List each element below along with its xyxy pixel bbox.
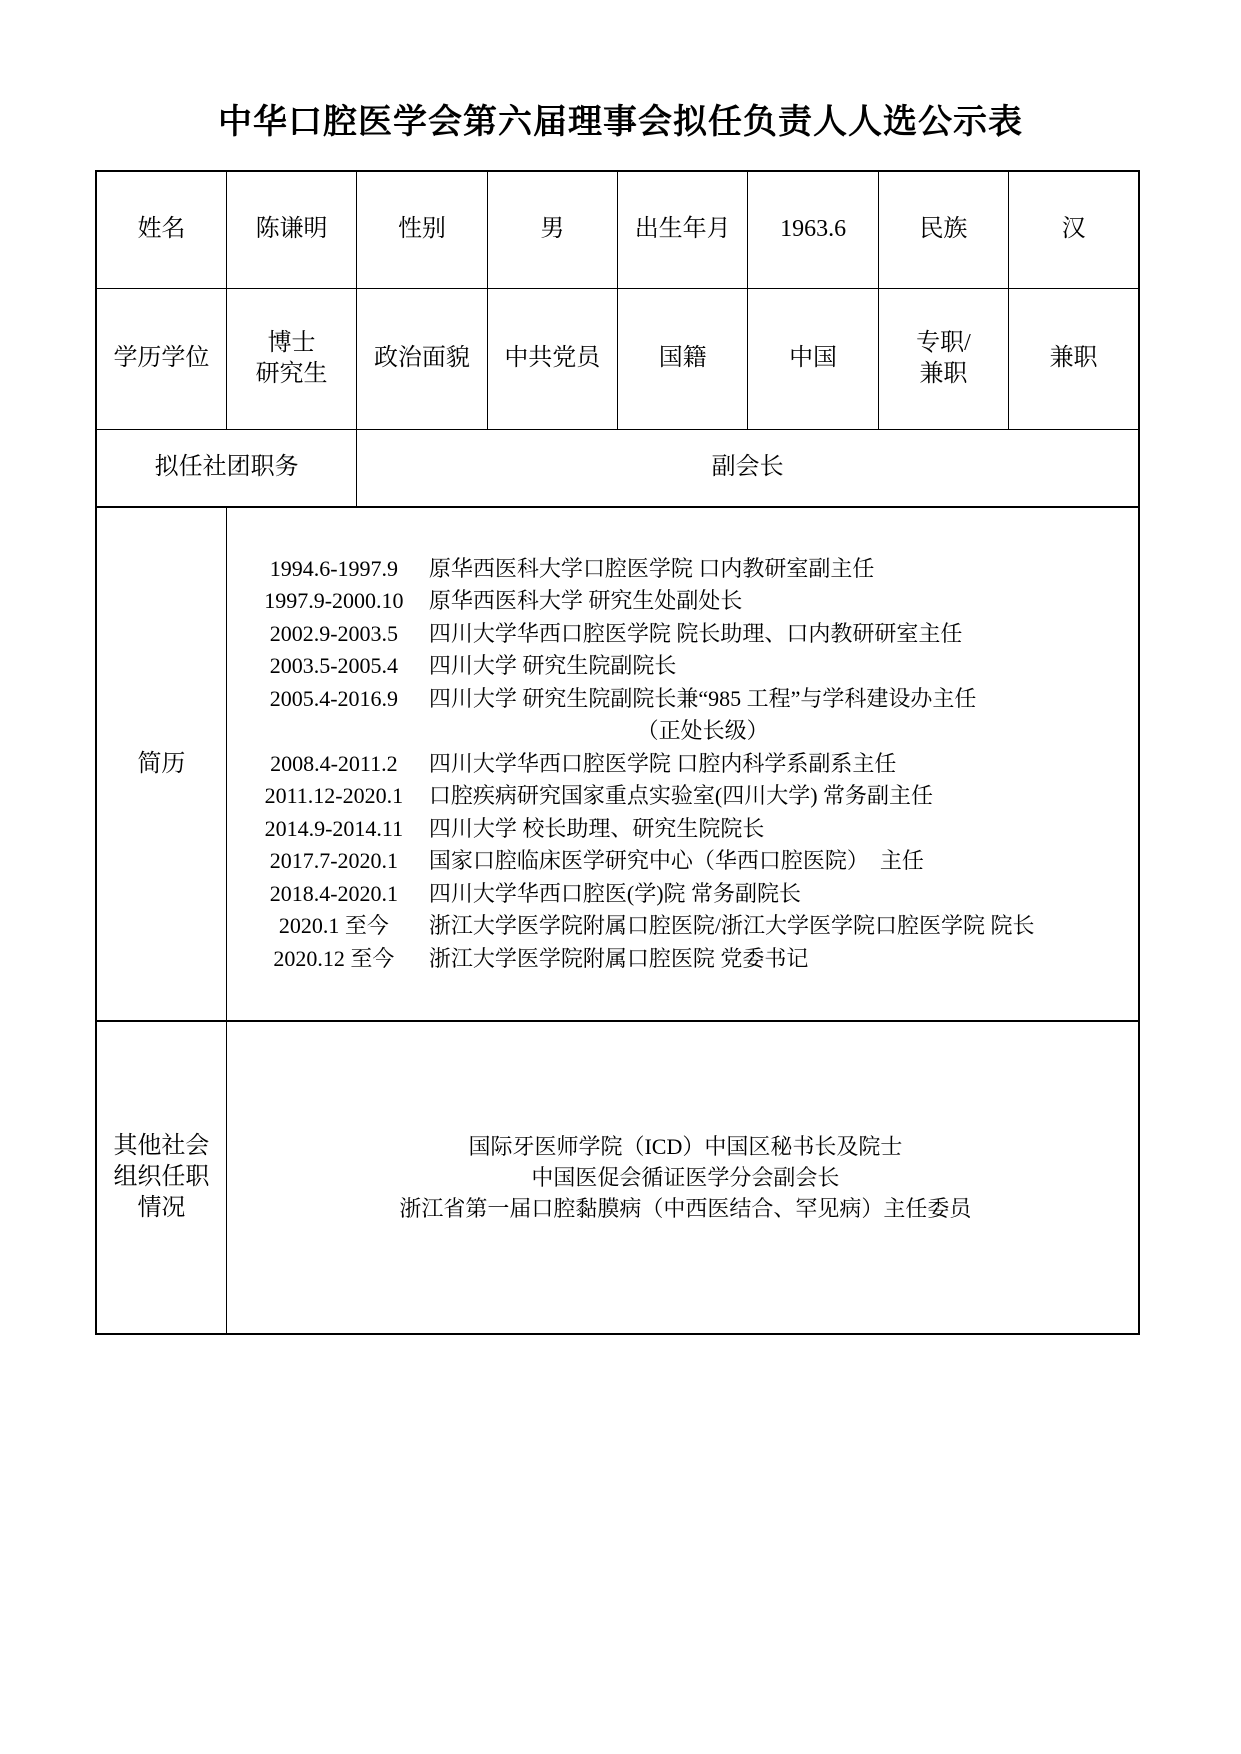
candidate-info-table: 姓名 陈谦明 性别 男 出生年月 1963.6 民族 汉 学历学位 博士 研究生… xyxy=(95,170,1140,1335)
resume-entry-period: 1997.9-2000.10 xyxy=(239,585,429,618)
ethnicity-label: 民族 xyxy=(878,171,1008,288)
ethnicity-value: 汉 xyxy=(1009,171,1139,288)
resume-entry: 2008.4-2011.2四川大学华西口腔医学院 口腔内科学系副系主任 xyxy=(239,748,1132,781)
name-label: 姓名 xyxy=(96,171,226,288)
nationality-value: 中国 xyxy=(748,288,878,429)
resume-entry-period: 2011.12-2020.1 xyxy=(239,780,429,813)
table-row-background-info: 学历学位 博士 研究生 政治面貌 中共党员 国籍 中国 专职/ 兼职 兼职 xyxy=(96,288,1139,429)
resume-entry: 2020.12 至今浙江大学医学院附属口腔医院 党委书记 xyxy=(239,943,1132,976)
resume-entry-role: 四川大学 研究生院副院长 xyxy=(429,650,677,683)
resume-entry-period: 1994.6-1997.9 xyxy=(239,553,429,586)
resume-entry: 2005.4-2016.9四川大学 研究生院副院长兼“985 工程”与学科建设办… xyxy=(239,683,1132,748)
resume-entry-role: 四川大学 研究生院副院长兼“985 工程”与学科建设办主任 （正处长级） xyxy=(429,683,977,748)
resume-entry: 2020.1 至今浙江大学医学院附属口腔医院/浙江大学医学院口腔医学院 院长 xyxy=(239,910,1132,943)
resume-entry-role: 四川大学华西口腔医学院 院长助理、口内教研研室主任 xyxy=(429,618,963,651)
resume-entry: 2017.7-2020.1国家口腔临床医学研究中心（华西口腔医院） 主任 xyxy=(239,845,1132,878)
political-status-value: 中共党员 xyxy=(487,288,617,429)
birth-date-value: 1963.6 xyxy=(748,171,878,288)
resume-entry-period: 2020.1 至今 xyxy=(239,910,429,943)
resume-lines: 1994.6-1997.9原华西医科大学口腔医学院 口内教研室副主任 1997.… xyxy=(227,553,1138,976)
document-page: 中华口腔医学会第六届理事会拟任负责人人选公示表 姓名 陈谦明 性别 男 出生年月… xyxy=(0,0,1241,1754)
resume-entry-period: 2005.4-2016.9 xyxy=(239,683,429,748)
political-status-label: 政治面貌 xyxy=(357,288,487,429)
table-row-resume: 简历 1994.6-1997.9原华西医科大学口腔医学院 口内教研室副主任 19… xyxy=(96,507,1139,1021)
resume-entry-period: 2003.5-2005.4 xyxy=(239,650,429,683)
employment-type-label: 专职/ 兼职 xyxy=(878,288,1008,429)
resume-entry: 2002.9-2003.5四川大学华西口腔医学院 院长助理、口内教研研室主任 xyxy=(239,618,1132,651)
other-roles-content-cell: 国际牙医师学院（ICD）中国区秘书长及院士 中国医促会循证医学分会副会长 浙江省… xyxy=(226,1021,1139,1334)
resume-entry-role: 四川大学 校长助理、研究生院院长 xyxy=(429,813,765,846)
other-role-line: 国际牙医师学院（ICD）中国区秘书长及院士 xyxy=(239,1131,1132,1162)
gender-label: 性别 xyxy=(357,171,487,288)
proposed-position-value: 副会长 xyxy=(357,429,1139,507)
other-role-line: 中国医促会循证医学分会副会长 xyxy=(239,1162,1132,1193)
table-row-basic-info: 姓名 陈谦明 性别 男 出生年月 1963.6 民族 汉 xyxy=(96,171,1139,288)
resume-entry: 2011.12-2020.1口腔疾病研究国家重点实验室(四川大学) 常务副主任 xyxy=(239,780,1132,813)
resume-entry-period: 2008.4-2011.2 xyxy=(239,748,429,781)
name-value: 陈谦明 xyxy=(226,171,356,288)
other-roles-label: 其他社会 组织任职 情况 xyxy=(96,1021,226,1334)
employment-type-value: 兼职 xyxy=(1009,288,1139,429)
education-label: 学历学位 xyxy=(96,288,226,429)
resume-entry-period: 2020.12 至今 xyxy=(239,943,429,976)
other-role-line: 浙江省第一届口腔黏膜病（中西医结合、罕见病）主任委员 xyxy=(239,1193,1132,1224)
resume-entry: 2018.4-2020.1四川大学华西口腔医(学)院 常务副院长 xyxy=(239,878,1132,911)
page-title: 中华口腔医学会第六届理事会拟任负责人人选公示表 xyxy=(0,0,1241,143)
resume-entry-role: 原华西医科大学口腔医学院 口内教研室副主任 xyxy=(429,553,875,586)
gender-value: 男 xyxy=(487,171,617,288)
resume-entry-role: 口腔疾病研究国家重点实验室(四川大学) 常务副主任 xyxy=(429,780,933,813)
proposed-position-label: 拟任社团职务 xyxy=(96,429,357,507)
birth-date-label: 出生年月 xyxy=(618,171,748,288)
resume-entry-role: 四川大学华西口腔医(学)院 常务副院长 xyxy=(429,878,801,911)
resume-entry-period: 2017.7-2020.1 xyxy=(239,845,429,878)
nationality-label: 国籍 xyxy=(618,288,748,429)
resume-entry-role: 浙江大学医学院附属口腔医院 党委书记 xyxy=(429,943,809,976)
resume-entry: 2014.9-2014.11四川大学 校长助理、研究生院院长 xyxy=(239,813,1132,846)
resume-entry-period: 2018.4-2020.1 xyxy=(239,878,429,911)
table-row-other-roles: 其他社会 组织任职 情况 国际牙医师学院（ICD）中国区秘书长及院士 中国医促会… xyxy=(96,1021,1139,1334)
resume-entry-role: 原华西医科大学 研究生处副处长 xyxy=(429,585,743,618)
resume-entry-role: 四川大学华西口腔医学院 口腔内科学系副系主任 xyxy=(429,748,897,781)
resume-entry-period: 2002.9-2003.5 xyxy=(239,618,429,651)
table-row-proposed-position: 拟任社团职务 副会长 xyxy=(96,429,1139,507)
resume-entry-role: 浙江大学医学院附属口腔医院/浙江大学医学院口腔医学院 院长 xyxy=(429,910,1035,943)
other-roles-lines: 国际牙医师学院（ICD）中国区秘书长及院士 中国医促会循证医学分会副会长 浙江省… xyxy=(227,1131,1138,1224)
resume-entry: 1997.9-2000.10原华西医科大学 研究生处副处长 xyxy=(239,585,1132,618)
resume-content-cell: 1994.6-1997.9原华西医科大学口腔医学院 口内教研室副主任 1997.… xyxy=(226,507,1139,1021)
resume-entry-period: 2014.9-2014.11 xyxy=(239,813,429,846)
resume-entry: 1994.6-1997.9原华西医科大学口腔医学院 口内教研室副主任 xyxy=(239,553,1132,586)
resume-label: 简历 xyxy=(96,507,226,1021)
resume-entry: 2003.5-2005.4四川大学 研究生院副院长 xyxy=(239,650,1132,683)
resume-entry-role: 国家口腔临床医学研究中心（华西口腔医院） 主任 xyxy=(429,845,924,878)
education-value: 博士 研究生 xyxy=(226,288,356,429)
